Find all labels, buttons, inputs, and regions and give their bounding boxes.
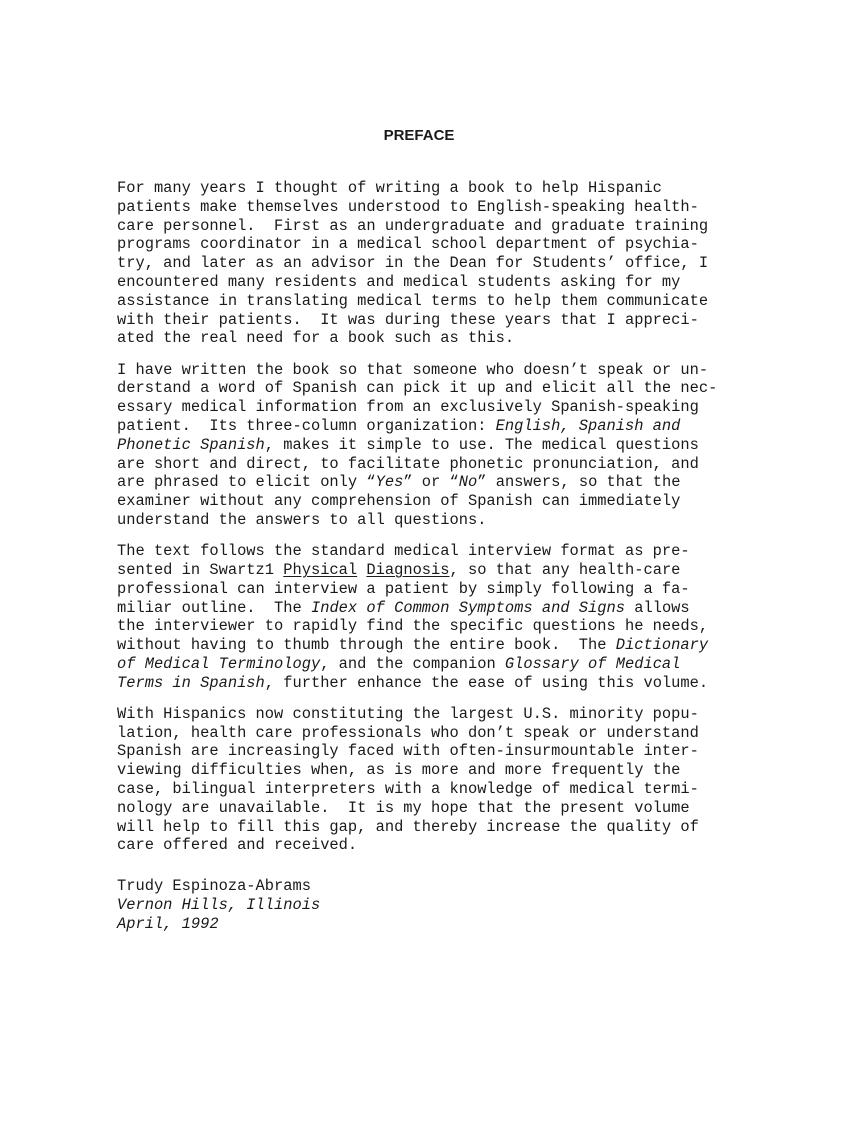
italic-text: Terms in Spanish: [117, 674, 265, 692]
text-run: I have written the book so that someone …: [117, 361, 708, 379]
text-line: Terms in Spanish, further enhance the ea…: [117, 674, 742, 693]
text-run: ated the real need for a book such as th…: [117, 329, 514, 347]
text-line: viewing difficulties when, as is more an…: [117, 761, 742, 780]
text-line: of Medical Terminology, and the companio…: [117, 655, 742, 674]
italic-text: Dictionary: [616, 636, 708, 654]
text-run: Spanish are increasingly faced with ofte…: [117, 742, 699, 760]
text-run: allows: [625, 599, 690, 617]
text-line: are phrased to elicit only “Yes” or “No”…: [117, 473, 742, 492]
text-run: the interviewer to rapidly find the spec…: [117, 617, 708, 635]
text-line: With Hispanics now constituting the larg…: [117, 705, 742, 724]
text-run: patients make themselves understood to E…: [117, 198, 699, 216]
text-run: , so that any health-care: [450, 561, 681, 579]
text-line: Spanish are increasingly faced with ofte…: [117, 742, 742, 761]
text-line: case, bilingual interpreters with a know…: [117, 780, 742, 799]
italic-text: Yes: [376, 473, 404, 491]
italic-text: English, Spanish and: [496, 417, 681, 435]
text-line: I have written the book so that someone …: [117, 361, 742, 380]
text-line: the interviewer to rapidly find the spec…: [117, 617, 742, 636]
text-line: patient. Its three-column organization: …: [117, 417, 742, 436]
text-line: assistance in translating medical terms …: [117, 292, 742, 311]
text-run: assistance in translating medical terms …: [117, 292, 708, 310]
text-run: examiner without any comprehension of Sp…: [117, 492, 680, 510]
author-location: Vernon Hills, Illinois: [117, 896, 320, 915]
text-run: programs coordinator in a medical school…: [117, 235, 699, 253]
text-run: sented in Swartz1: [117, 561, 283, 579]
text-run: With Hispanics now constituting the larg…: [117, 705, 699, 723]
text-run: professional can interview a patient by …: [117, 580, 690, 598]
text-run: will help to fill this gap, and thereby …: [117, 818, 699, 836]
text-line: derstand a word of Spanish can pick it u…: [117, 379, 742, 398]
text-line: ated the real need for a book such as th…: [117, 329, 742, 348]
paragraph-2: I have written the book so that someone …: [117, 361, 742, 530]
document-page: PREFACE For many years I thought of writ…: [0, 0, 863, 1125]
text-line: essary medical information from an exclu…: [117, 398, 742, 417]
preface-body: For many years I thought of writing a bo…: [117, 179, 742, 868]
text-line: patients make themselves understood to E…: [117, 198, 742, 217]
text-line: without having to thumb through the enti…: [117, 636, 742, 655]
text-line: professional can interview a patient by …: [117, 580, 742, 599]
text-run: without having to thumb through the enti…: [117, 636, 616, 654]
underlined-text: Diagnosis: [366, 561, 449, 579]
italic-text: Index of Common Symptoms and Signs: [311, 599, 625, 617]
text-run: case, bilingual interpreters with a know…: [117, 780, 699, 798]
text-run: , further enhance the ease of using this…: [265, 674, 708, 692]
text-line: with their patients. It was during these…: [117, 311, 742, 330]
text-run: care personnel. First as an undergraduat…: [117, 217, 708, 235]
text-run: [357, 561, 366, 579]
italic-text: Phonetic Spanish: [117, 436, 265, 454]
text-run: ” or “: [403, 473, 458, 491]
text-run: ” answers, so that the: [477, 473, 680, 491]
paragraph-3: The text follows the standard medical in…: [117, 542, 742, 692]
text-line: For many years I thought of writing a bo…: [117, 179, 742, 198]
text-run: derstand a word of Spanish can pick it u…: [117, 379, 717, 397]
text-line: nology are unavailable. It is my hope th…: [117, 799, 742, 818]
text-line: lation, health care professionals who do…: [117, 724, 742, 743]
text-line: sented in Swartz1 Physical Diagnosis, so…: [117, 561, 742, 580]
text-line: are short and direct, to facilitate phon…: [117, 455, 742, 474]
text-line: care personnel. First as an undergraduat…: [117, 217, 742, 236]
text-line: examiner without any comprehension of Sp…: [117, 492, 742, 511]
text-run: encountered many residents and medical s…: [117, 273, 680, 291]
italic-text: No: [459, 473, 477, 491]
text-line: try, and later as an advisor in the Dean…: [117, 254, 742, 273]
text-line: understand the answers to all questions.: [117, 511, 742, 530]
author-name: Trudy Espinoza-Abrams: [117, 877, 320, 896]
text-line: will help to fill this gap, and thereby …: [117, 818, 742, 837]
text-run: are short and direct, to facilitate phon…: [117, 455, 699, 473]
text-run: try, and later as an advisor in the Dean…: [117, 254, 708, 272]
paragraph-1: For many years I thought of writing a bo…: [117, 179, 742, 348]
text-line: The text follows the standard medical in…: [117, 542, 742, 561]
text-run: For many years I thought of writing a bo…: [117, 179, 662, 197]
text-line: programs coordinator in a medical school…: [117, 235, 742, 254]
text-run: viewing difficulties when, as is more an…: [117, 761, 680, 779]
italic-text: of Medical Terminology: [117, 655, 320, 673]
text-run: , and the companion: [320, 655, 505, 673]
text-run: nology are unavailable. It is my hope th…: [117, 799, 690, 817]
text-line: miliar outline. The Index of Common Symp…: [117, 599, 742, 618]
text-run: understand the answers to all questions.: [117, 511, 486, 529]
text-run: The text follows the standard medical in…: [117, 542, 690, 560]
text-line: Phonetic Spanish, makes it simple to use…: [117, 436, 742, 455]
italic-text: Glossary of Medical: [505, 655, 680, 673]
signature-block: Trudy Espinoza-Abrams Vernon Hills, Illi…: [117, 877, 320, 933]
preface-date: April, 1992: [117, 915, 320, 934]
text-run: care offered and received.: [117, 836, 357, 854]
text-line: care offered and received.: [117, 836, 742, 855]
text-run: miliar outline. The: [117, 599, 311, 617]
text-run: patient. Its three-column organization:: [117, 417, 496, 435]
text-run: lation, health care professionals who do…: [117, 724, 699, 742]
text-run: essary medical information from an exclu…: [117, 398, 699, 416]
text-line: encountered many residents and medical s…: [117, 273, 742, 292]
text-run: are phrased to elicit only “: [117, 473, 376, 491]
text-run: with their patients. It was during these…: [117, 311, 699, 329]
text-run: , makes it simple to use. The medical qu…: [265, 436, 699, 454]
page-title: PREFACE: [0, 127, 838, 144]
paragraph-4: With Hispanics now constituting the larg…: [117, 705, 742, 855]
underlined-text: Physical: [283, 561, 357, 579]
